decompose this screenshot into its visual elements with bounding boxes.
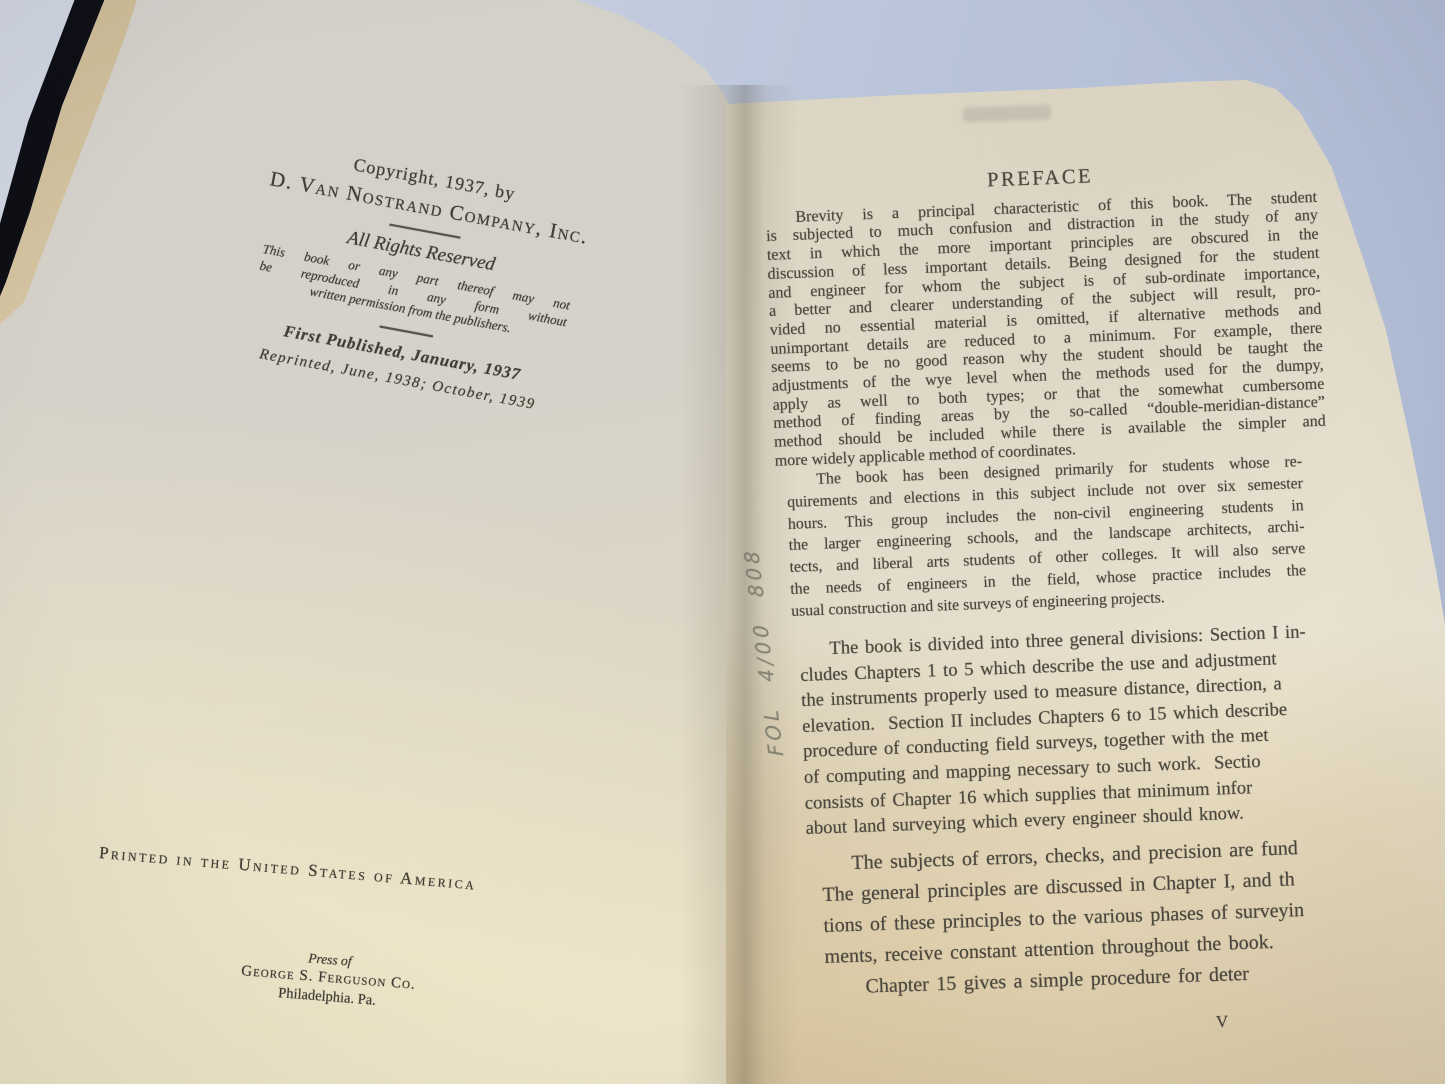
preface-block-top: PREFACE Brevity is a principal character… (764, 159, 1327, 472)
preface-block-mid: The book has been designed primarily for… (786, 451, 1307, 622)
divider-rule (380, 325, 433, 337)
preface-block-bottom: The subjects of errors, checks, and prec… (821, 826, 1445, 1004)
preface-block-lower: The book is divided into three general d… (799, 613, 1445, 842)
page-number: V (1216, 1012, 1229, 1032)
faint-stamp-mark (963, 104, 1051, 122)
preface-paragraph-1: Brevity is a principal characteristic of… (765, 188, 1327, 471)
book-photo: Copyright, 1937, by D. Van Nostrand Comp… (0, 0, 1445, 1084)
